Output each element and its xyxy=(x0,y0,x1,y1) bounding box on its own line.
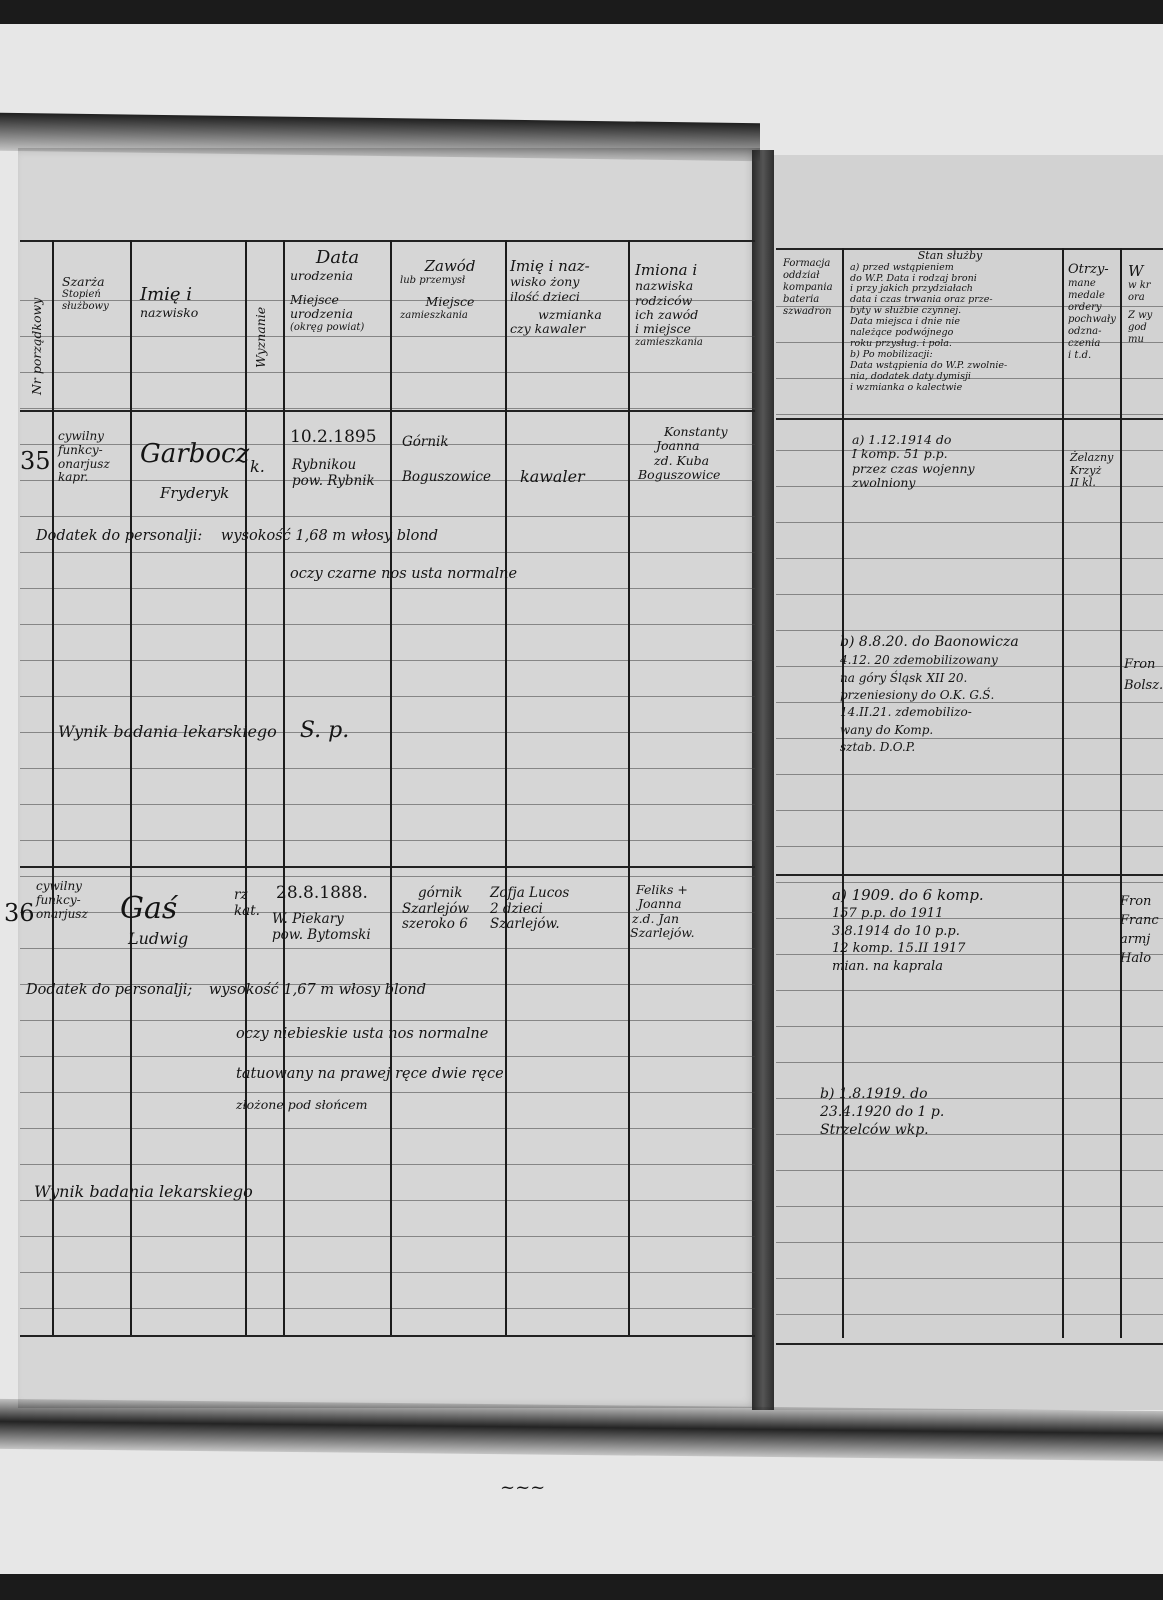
entry-36-service-b: b) 1.8.1919. do 23.4.1920 do 1 p. Strzel… xyxy=(820,1085,944,1140)
rule-line xyxy=(776,1278,1163,1279)
entry-36-addendum-line-4: złożone pod słońcem xyxy=(236,1098,368,1112)
entry-35-last-column: Fron Bolsz. xyxy=(1124,655,1163,697)
rule-line xyxy=(1120,248,1122,1338)
header-formation: Formacja oddział kompania bateria szwadr… xyxy=(783,258,839,318)
rule-line xyxy=(776,418,1163,420)
rule-line xyxy=(52,240,54,1335)
entry-35-marital: kawaler xyxy=(520,468,585,486)
rule-line xyxy=(842,248,844,1338)
rule-line xyxy=(130,240,132,1335)
header-birth: Data urodzenia Miejsce urodzenia (okręg … xyxy=(290,248,385,334)
rule-line xyxy=(776,1206,1163,1207)
entry-35-surname: Garbocz xyxy=(140,440,249,470)
rule-line xyxy=(776,990,1163,991)
scan-bottom-shadow xyxy=(0,1574,1163,1600)
header-last-column: W w kr ora Z wy god mu xyxy=(1128,262,1163,346)
entry-35-birth-date: 10.2.1895 xyxy=(290,428,377,448)
rule-line xyxy=(505,240,507,1335)
entry-36-birth-date: 28.8.1888. xyxy=(276,884,368,904)
entry-36-addendum-line-2: oczy niebieskie usta nos normalne xyxy=(236,1026,488,1043)
entry-36-surname: Gaś xyxy=(120,892,177,927)
header-number: Nr porządkowy xyxy=(30,240,44,395)
rule-line xyxy=(776,1026,1163,1027)
entry-36-service-a: a) 1909. do 6 komp. 157 p.p. do 1911 3.8… xyxy=(832,885,984,975)
entry-35-service-b: b) 8.8.20. do Baonowicza 4.12. 20 zdemob… xyxy=(840,632,1019,757)
rule-line xyxy=(776,630,1163,631)
header-name: Imię i nazwisko xyxy=(140,285,240,320)
rule-line xyxy=(776,810,1163,811)
entry-35-residence: Boguszowice xyxy=(402,470,491,486)
header-awards: Otrzy- mane medale ordery pochwały odzna… xyxy=(1068,262,1118,362)
entry-36-religion: rz kat. xyxy=(234,888,260,919)
entry-35-occupation: Górnik xyxy=(402,435,449,451)
entry-35-parents: Konstanty Joanna zd. Kuba Boguszowice xyxy=(638,425,758,483)
entry-36-marital: Zofja Lucos 2 dzieci Szarlejów. xyxy=(490,886,610,933)
rule-line xyxy=(245,240,247,1335)
bottom-pencil-mark: ~~~ xyxy=(500,1478,545,1499)
entry-35-medical: Wynik badania lekarskiego S. p. xyxy=(58,718,349,743)
entry-36-addendum: Dodatek do personalji; wysokość 1,67 m w… xyxy=(26,982,426,999)
header-rank: Szarża Stopień służbowy xyxy=(62,275,128,313)
entry-35-number: 35 xyxy=(20,448,51,476)
entry-35-awards: Żelazny Krzyż II kl. xyxy=(1070,452,1113,490)
book-gutter xyxy=(752,150,774,1410)
rule-line xyxy=(776,1343,1163,1345)
rule-line xyxy=(776,1062,1163,1063)
rule-line xyxy=(776,846,1163,847)
entry-36-number: 36 xyxy=(4,900,35,928)
rule-line xyxy=(776,1314,1163,1315)
entry-35-birth-place: Rybnikou pow. Rybnik xyxy=(292,458,387,489)
header-parents: Imiona i nazwiska rodziców ich zawód i m… xyxy=(635,262,750,349)
entry-36-medical: Wynik badania lekarskiego xyxy=(34,1183,253,1201)
entry-35-addendum-line-2: oczy czarne nos usta normalne xyxy=(290,566,517,583)
rule-line xyxy=(776,594,1163,595)
entry-36-occupation: górnik Szarlejów szeroko 6 xyxy=(402,886,482,933)
rule-line xyxy=(776,522,1163,523)
rule-line xyxy=(628,240,630,1335)
entry-36-last-column: Fron Franc armj Halo xyxy=(1120,893,1163,968)
header-occupation: Zawód lub przemysł Miejsce zamieszkania xyxy=(400,258,500,322)
header-spouse: Imię i naz- wisko żony ilość dzieci wzmi… xyxy=(510,258,630,337)
entry-36-rank: cywilny funkcy- onarjusz xyxy=(36,880,111,921)
entry-35-service-a: a) 1.12.1914 do I komp. 51 p.p. przez cz… xyxy=(852,433,975,491)
rule-line xyxy=(776,1242,1163,1243)
entry-36-given-name: Ludwig xyxy=(128,930,188,948)
rule-line xyxy=(776,882,1163,883)
header-religion: Wyznanie xyxy=(254,248,268,368)
rule-line xyxy=(776,558,1163,559)
entry-35-addendum: Dodatek do personalji: wysokość 1,68 m w… xyxy=(36,528,438,545)
rule-line xyxy=(776,414,1163,415)
entry-36-birth-place: W. Piekary pow. Bytomski xyxy=(272,912,372,943)
rule-line xyxy=(776,874,1163,876)
rule-line xyxy=(776,774,1163,775)
header-service-record: Stan służby a) przed wstąpieniem do W.P.… xyxy=(850,250,1050,394)
entry-36-parents: Feliks + Joanna z.d. Jan Szarlejów. xyxy=(620,883,740,941)
rule-line xyxy=(390,240,392,1335)
entry-35-given-name: Fryderyk xyxy=(160,485,229,502)
rule-line xyxy=(20,1335,755,1337)
rule-line xyxy=(776,1170,1163,1171)
entry-35-religion: k. xyxy=(250,458,265,476)
rule-line xyxy=(283,240,285,1335)
entry-36-addendum-line-3: tatuowany na prawej ręce dwie ręce xyxy=(236,1066,504,1083)
rule-line xyxy=(1062,248,1064,1338)
entry-35-rank: cywilny funkcy- onarjusz kapr. xyxy=(58,430,128,485)
